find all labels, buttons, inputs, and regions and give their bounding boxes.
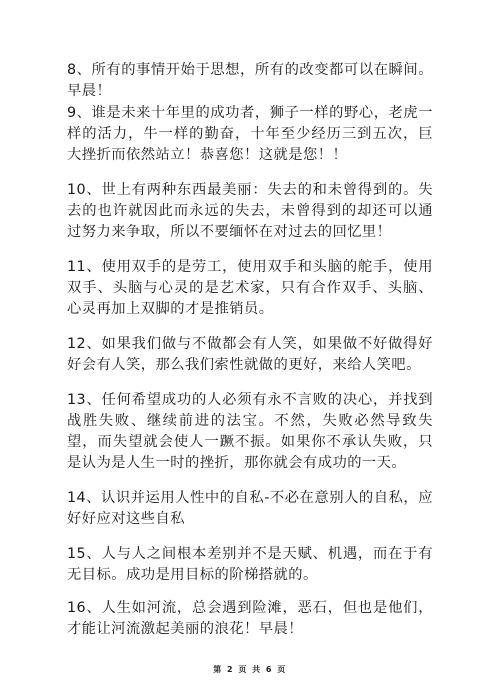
document-page: 8、所有的事情开始于思想，所有的改变都可以在瞬间。早晨！ 9、谁是未来十年里的成… (0, 0, 500, 700)
paragraph-10: 10、世上有两种东西最美丽：失去的和未曾得到的。失去的也许就因此而永远的失去，未… (67, 180, 433, 243)
paragraph-12: 12、如果我们做与不做都会有人笑，如果做不好做得好好会有人笑，那么我们索性就做的… (67, 334, 433, 376)
paragraph-14: 14、认识并运用人性中的自私-不必在意别人的自私，应好好应对这些自私 (67, 488, 433, 530)
paragraph-11: 11、使用双手的是劳工，使用双手和头脑的舵手，使用双手、头脑与心灵的是艺术家，只… (67, 257, 433, 320)
paragraph-13: 13、任何希望成功的人必须有永不言败的决心，并找到战胜失败、继续前进的法宝。不然… (67, 390, 433, 474)
paragraph-8: 8、所有的事情开始于思想，所有的改变都可以在瞬间。早晨！ (67, 60, 433, 102)
paragraph-9: 9、谁是未来十年里的成功者，狮子一样的野心，老虎一样的活力，牛一样的勤奋，十年至… (67, 103, 433, 166)
paragraph-16: 16、人生如河流，总会遇到险滩，恶石，但也是他们，才能让河流激起美丽的浪花！早晨… (67, 598, 433, 640)
page-number-footer: 第 2 页 共 6 页 (0, 664, 500, 675)
paragraph-15: 15、人与人之间根本差别并不是天赋、机遇，而在于有无目标。成功是用目标的阶梯搭就… (67, 544, 433, 586)
